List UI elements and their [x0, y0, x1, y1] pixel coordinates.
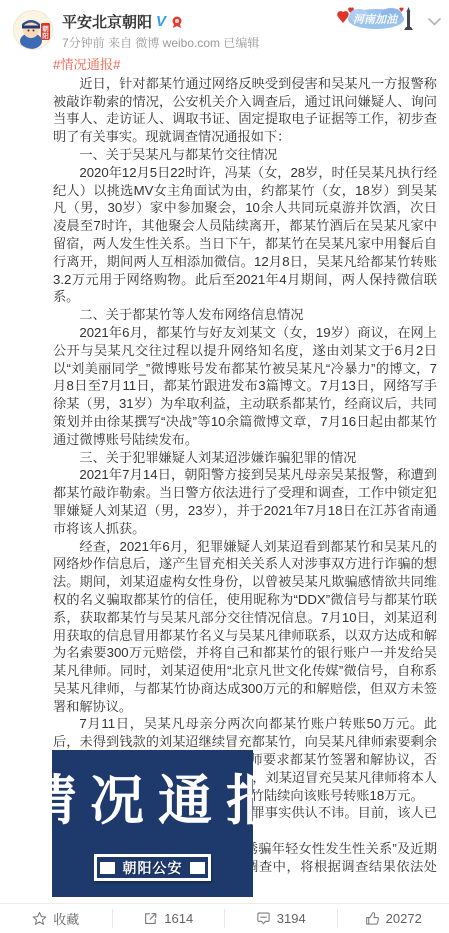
like-icon [365, 911, 380, 926]
post-paragraph: 2021年6月，都某竹与好友刘某文（女，19岁）商议，在网上公开与吴某凡交往过程… [53, 324, 437, 449]
comment-button[interactable]: 3194 [225, 904, 337, 933]
notice-image-thumbnail[interactable]: 情况通报 朝阳公安 [52, 750, 253, 897]
badge-text: 朝阳公安 [123, 858, 183, 878]
post-header: 朝 阳 平安北京朝阳 V 7分钟前 来自 微博 weibo.com 已编辑 河南… [0, 0, 449, 56]
repost-button[interactable]: 1614 [113, 904, 225, 933]
svg-text:朝: 朝 [42, 24, 49, 33]
svg-text:河南加油: 河南加油 [353, 13, 399, 26]
post-paragraph: 2020年12月5日22时许，冯某（女，28岁，时任吴某凡执行经纪人）以挑选MV… [53, 164, 437, 306]
like-button[interactable]: 20272 [338, 904, 449, 933]
badge-left-bar [100, 862, 115, 874]
post-paragraph: 近日，针对都某竹通过网络反映受到侵害和吴某凡一方报警称被敲诈勒索的情况，公安机关… [53, 75, 437, 146]
svg-text:阳: 阳 [42, 31, 49, 40]
avatar[interactable]: 朝 阳 [13, 10, 53, 50]
notice-image-title: 情况通报 [52, 758, 253, 835]
like-count: 20272 [386, 911, 422, 926]
favorite-button[interactable]: 收藏 [0, 904, 112, 933]
weibo-post-card: 朝 阳 平安北京朝阳 V 7分钟前 来自 微博 weibo.com 已编辑 河南… [0, 0, 449, 933]
badge-right-bar [190, 862, 205, 874]
notice-image-badge: 朝阳公安 [94, 854, 211, 881]
post-section-heading: 三、关于犯罪嫌疑人刘某迢涉嫌诈骗犯罪的情况 [53, 449, 437, 467]
comment-count: 3194 [277, 911, 306, 926]
post-section-heading: 一、关于吴某凡与都某竹交往情况 [53, 146, 437, 164]
account-name[interactable]: 平安北京朝阳 [62, 11, 152, 32]
henan-jiayou-badge: 河南加油 [331, 4, 421, 36]
post-menu-chevron-down-icon[interactable] [425, 13, 443, 31]
henan-jiayou-badge-art: 河南加油 [331, 4, 421, 36]
verified-v-icon: V [156, 13, 166, 30]
comment-icon [256, 911, 271, 926]
repost-count: 1614 [164, 911, 193, 926]
favorite-label: 收藏 [53, 909, 79, 928]
post-section-heading: 二、关于都某竹等人发布网络信息情况 [53, 306, 437, 324]
repost-icon [143, 911, 158, 926]
post-paragraph: 经查，2021年6月，犯罪嫌疑人刘某迢看到都某竹和吴某凡的网络炒作信息后，遂产生… [53, 538, 437, 716]
police-mascot-avatar-image: 朝 阳 [14, 11, 53, 50]
post-meta-timestamp: 7分钟前 来自 微博 weibo.com 已编辑 [62, 34, 259, 51]
post-paragraph: 2021年7月14日，朝阳警方接到吴某凡母亲吴某报警，称遭到都某竹敲诈勒索。当日… [53, 466, 437, 537]
action-toolbar: 收藏 1614 3194 20272 [0, 903, 449, 933]
star-icon [32, 911, 47, 926]
gov-medal-icon [170, 15, 184, 29]
hashtag-link[interactable]: #情况通报# [53, 56, 120, 74]
